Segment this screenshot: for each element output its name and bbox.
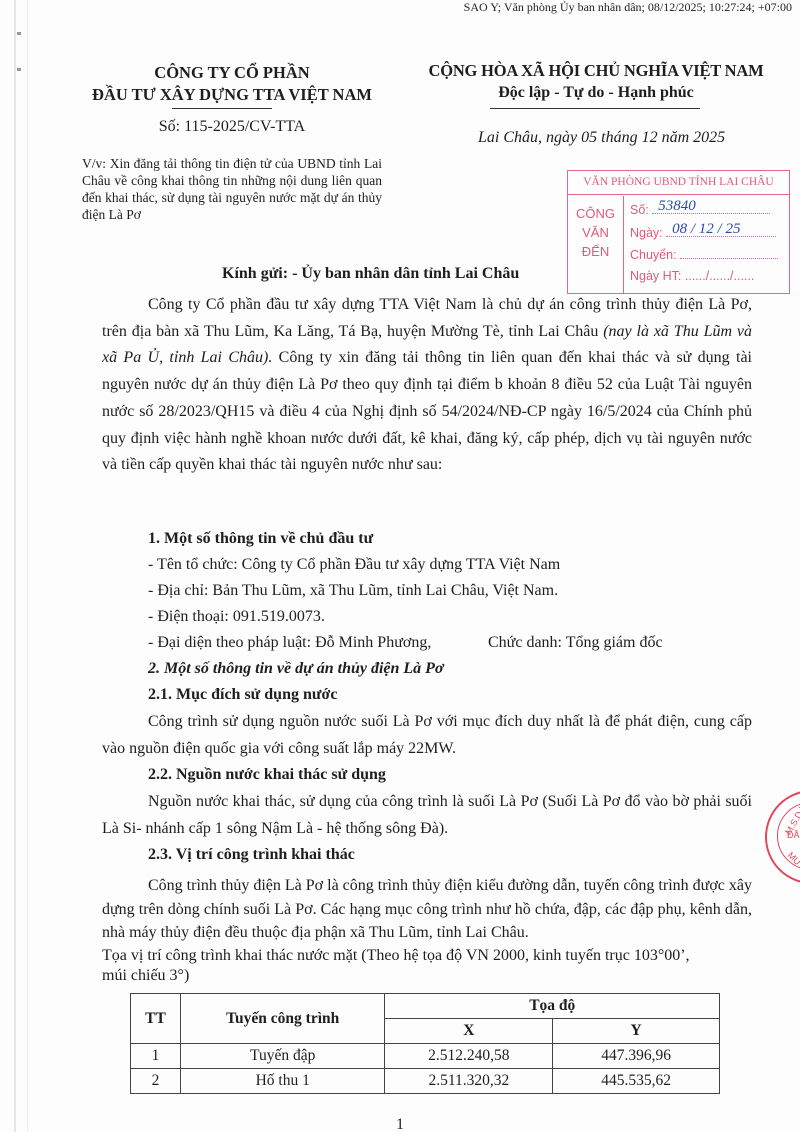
header-coords: Tọa độ — [385, 994, 720, 1019]
header-tt: TT — [131, 994, 181, 1044]
edge-mark — [17, 32, 21, 35]
document-number: Số: 115-2025/CV-TTA — [62, 118, 402, 136]
stamp-field-complete-date: Ngày HT: ....../....../...... — [630, 269, 754, 283]
org-address: - Địa chỉ: Bản Thu Lũm, xã Thu Lũm, tỉnh… — [148, 582, 558, 600]
company-header: CÔNG TY CỔ PHẦN ĐẦU TƯ XÂY DỰNG TTA VIỆT… — [62, 62, 402, 106]
subject-line: V/v: Xin đăng tải thông tin điện tử của … — [82, 155, 382, 223]
org-name: - Tên tổ chức: Công ty Cổ phần Đầu tư xâ… — [148, 556, 560, 574]
section23-text: Công trình thủy điện Là Pơ là công trình… — [102, 874, 752, 945]
intro-paragraph: Công ty Cổ phần đầu tư xây dựng TTA Việt… — [102, 292, 752, 479]
handwritten-number: 53840 — [658, 198, 696, 215]
coordinates-table: TT Tuyến công trình Tọa độ X Y 1 Tuyến đ… — [130, 993, 720, 1094]
section22-text: Nguồn nước khai thác, sử dụng của công t… — [102, 789, 752, 842]
representative-position: Chức danh: Tổng giám đốc — [488, 634, 663, 652]
header-underline — [172, 108, 272, 109]
stamp-office: VĂN PHÒNG UBND TỈNH LAI CHÂU — [568, 171, 789, 195]
header-name: Tuyến công trình — [180, 994, 385, 1044]
digital-copy-stamp: SAO Y; Văn phòng Ủy ban nhân dân; 08/12/… — [464, 0, 792, 15]
motto-underline — [490, 108, 700, 109]
stamp-field-forward: Chuyển: — [630, 247, 778, 262]
coords-intro-2: múi chiếu 3°) — [102, 967, 189, 985]
national-header: CỘNG HÒA XÃ HỘI CHỦ NGHĨA VIỆT NAM Độc l… — [398, 60, 794, 104]
handwritten-date: 08 / 12 / 25 — [672, 221, 740, 238]
coords-intro: Tọa vị trí công trình khai thác nước mặt… — [102, 947, 690, 965]
stamp-field-date: Ngày: 08 / 12 / 25 — [630, 225, 776, 240]
page-number: 1 — [0, 1116, 800, 1132]
company-line2: ĐẦU TƯ XÂY DỰNG TTA VIỆT NAM — [62, 84, 402, 106]
stamp-label: CÔNG VĂN ĐẾN — [568, 196, 624, 293]
page-edge — [27, 0, 28, 1132]
section22-title: 2.2. Nguồn nước khai thác sử dụng — [148, 766, 386, 784]
recipient-line: Kính gửi: - Ủy ban nhân dân tỉnh Lai Châ… — [222, 265, 519, 283]
national-motto: Độc lập - Tự do - Hạnh phúc — [398, 82, 794, 104]
table-row: 2 Hố thu 1 2.511.320,32 445.535,62 — [131, 1069, 720, 1094]
org-phone: - Điện thoại: 091.519.0073. — [148, 608, 325, 626]
section1-title: 1. Một số thông tin về chủ đầu tư — [148, 530, 373, 548]
stamp-field-number: Số: 53840 — [630, 202, 770, 217]
company-line1: CÔNG TY CỔ PHẦN — [62, 62, 402, 84]
received-stamp: VĂN PHÒNG UBND TỈNH LAI CHÂU CÔNG VĂN ĐẾ… — [567, 170, 790, 294]
section21-title: 2.1. Mục đích sử dụng nước — [148, 686, 337, 704]
header-x: X — [385, 1019, 553, 1044]
header-y: Y — [553, 1019, 720, 1044]
table-row: 1 Tuyến đập 2.512.240,58 447.396,96 — [131, 1044, 720, 1069]
document-date: Lai Châu, ngày 05 tháng 12 năm 2025 — [478, 129, 725, 147]
company-seal: M.S.D.N ĐẦ MƯ — [765, 790, 800, 884]
national-title: CỘNG HÒA XÃ HỘI CHỦ NGHĨA VIỆT NAM — [398, 60, 794, 82]
section23-title: 2.3. Vị trí công trình khai thác — [148, 846, 355, 864]
page-edge — [14, 0, 16, 1132]
edge-mark — [17, 68, 21, 71]
section2-title: 2. Một số thông tin về dự án thủy điện L… — [148, 660, 444, 678]
section21-text: Công trình sử dụng nguồn nước suối Là Pơ… — [102, 709, 752, 762]
org-representative: - Đại diện theo pháp luật: Đỗ Minh Phươn… — [148, 634, 431, 652]
